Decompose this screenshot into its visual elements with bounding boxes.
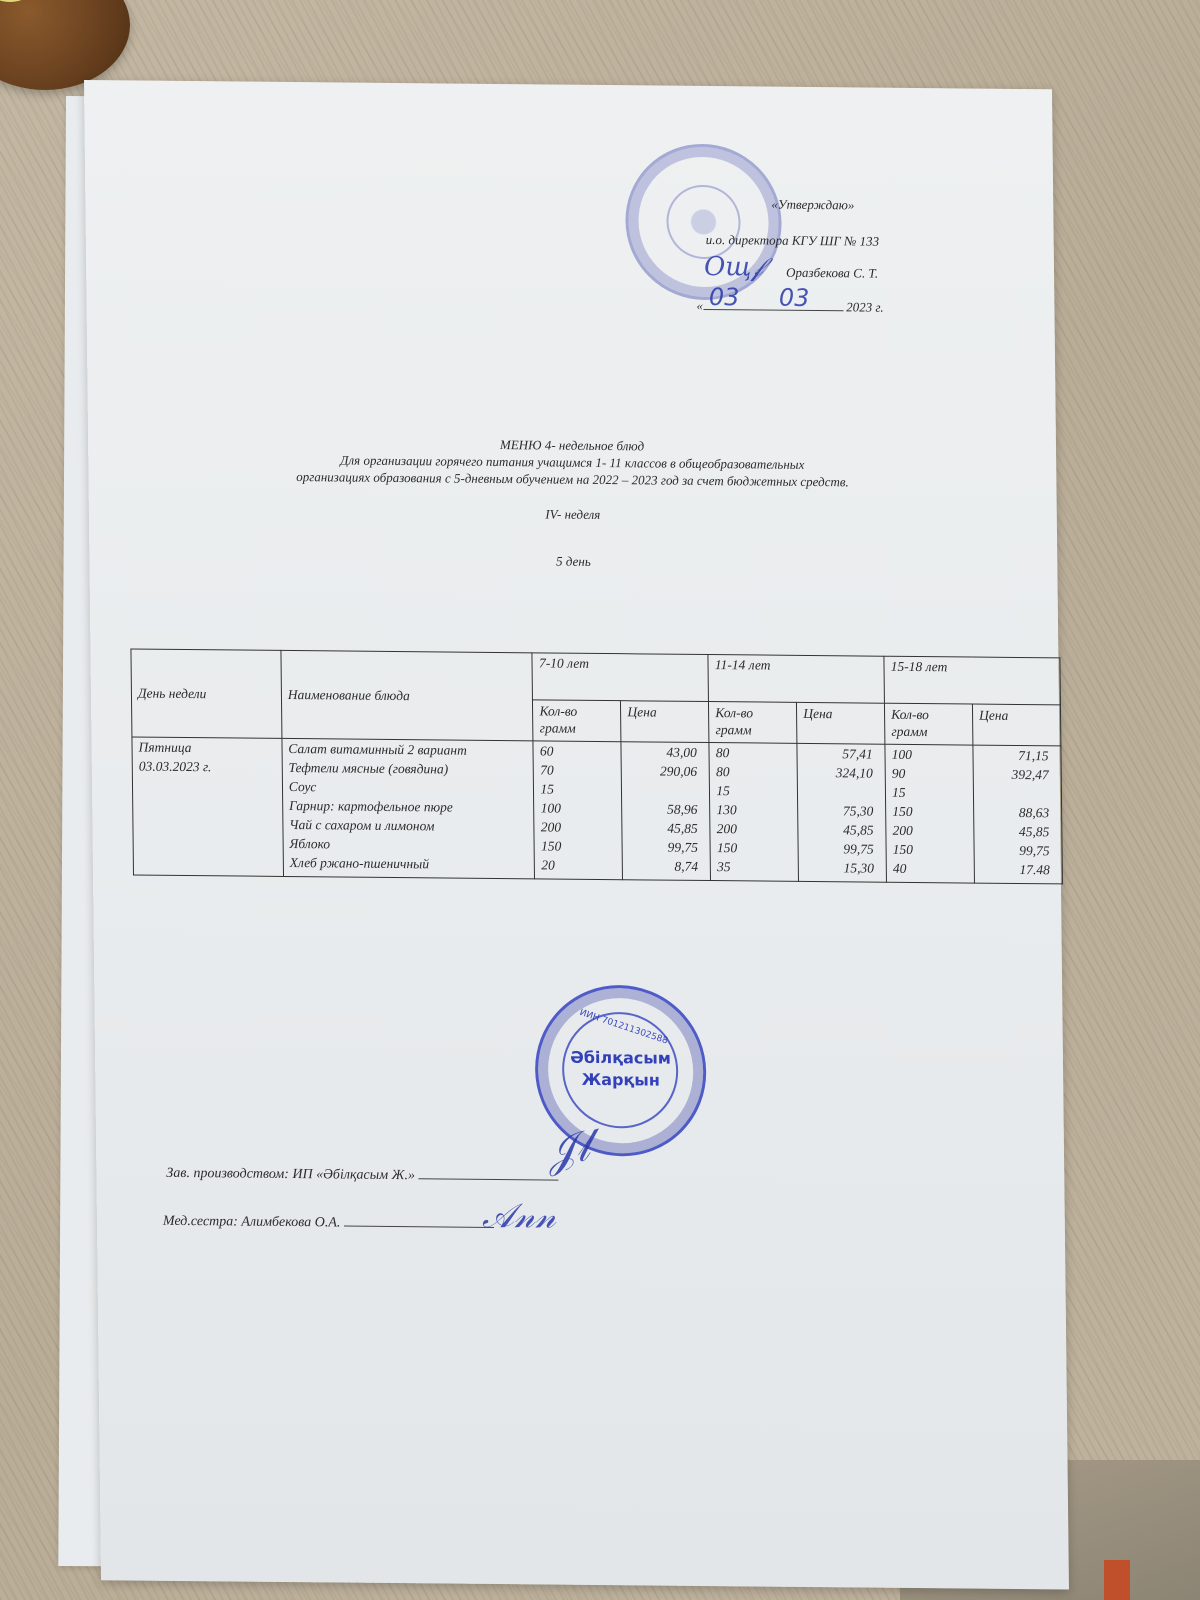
menu-table: День недели Наименование блюда 7-10 лет … <box>130 648 1063 884</box>
price-11-14-list: 57,41324,10 75,3045,8599,7515,30 <box>797 743 886 882</box>
qty-value: 200 <box>717 819 792 839</box>
price-value: 45,85 <box>980 822 1049 842</box>
production-head-signature-line <box>418 1178 558 1180</box>
date-quote: « <box>696 298 703 313</box>
approval-position: и.о. директора КГУ ШГ № 133 <box>706 232 880 250</box>
nurse-line: Мед.сестра: Алимбекова О.А. <box>163 1214 494 1233</box>
header-age-15-18: 15-18 лет <box>884 656 1060 705</box>
qty-value: 15 <box>540 779 615 799</box>
date-day-handwritten: 03 <box>709 283 740 311</box>
director-signature: Ощ𝒻 <box>704 252 763 284</box>
price-value: 57,41 <box>804 744 873 764</box>
qty-value: 100 <box>541 798 616 818</box>
dish-name: Салат витаминный 2 вариант <box>288 739 527 760</box>
header-qty-15-18: Кол-вограмм <box>885 703 973 745</box>
date: 03.03.2023 г. <box>139 757 276 777</box>
qty-value: 15 <box>892 783 967 803</box>
header-qty-11-14: Кол-вограмм <box>709 702 797 744</box>
price-value: 45,85 <box>804 820 873 840</box>
nurse-signature: 𝒜𝓃𝓃 <box>482 1196 557 1237</box>
header-qty-7-10: Кол-вограмм <box>533 700 621 742</box>
qty-15-18-list: 100901515020015040 <box>885 744 974 883</box>
qty-value: 200 <box>541 817 616 837</box>
qty-value: 20 <box>541 855 616 875</box>
price-value <box>804 782 873 802</box>
price-value: 71,15 <box>979 746 1048 766</box>
price-value: 8,74 <box>629 856 698 876</box>
dish-name: Тефтели мясные (говядина) <box>288 758 527 779</box>
menu-document-page: «Утверждаю» и.о. директора КГУ ШГ № 133 … <box>84 80 1069 1590</box>
qty-value: 90 <box>892 764 967 784</box>
wicker-basket <box>0 0 130 90</box>
qty-value: 60 <box>540 741 615 761</box>
price-value: 17.48 <box>981 860 1050 880</box>
date-year: 2023 г. <box>846 299 884 314</box>
ip-stamp-name-line2: Жарқын <box>538 1069 703 1090</box>
header-price-15-18: Цена <box>972 704 1060 746</box>
qty-value: 35 <box>717 857 792 877</box>
qty-7-10-list: 60701510020015020 <box>533 741 622 880</box>
price-value: 99,75 <box>629 837 698 857</box>
price-value <box>628 780 697 800</box>
dish-list: Салат витаминный 2 вариантТефтели мясные… <box>282 738 535 878</box>
price-value: 15,30 <box>805 858 874 878</box>
qty-value: 200 <box>892 821 967 841</box>
weekday: Пятница <box>138 738 275 758</box>
price-value: 392,47 <box>980 765 1049 785</box>
header-day-of-week: День недели <box>131 649 282 738</box>
document-title-block: МЕНЮ 4- недельное блюд Для организации г… <box>88 432 1057 574</box>
qty-value: 150 <box>541 836 616 856</box>
price-value: 290,06 <box>628 761 697 781</box>
qty-value: 100 <box>892 745 967 765</box>
header-price-11-14: Цена <box>797 702 885 744</box>
dish-name: Чай с сахаром и лимоном <box>289 815 528 836</box>
price-value <box>980 784 1049 804</box>
approval-signatory: Оразбекова С. Т. <box>786 265 878 282</box>
header-age-11-14: 11-14 лет <box>708 655 884 704</box>
qty-value: 150 <box>892 802 967 822</box>
approval-heading: «Утверждаю» <box>771 197 854 214</box>
nurse-label: Мед.сестра: Алимбекова О.А. <box>163 1214 341 1231</box>
price-value: 43,00 <box>628 742 697 762</box>
price-value: 75,30 <box>804 801 873 821</box>
approval-date: « 03 03 2023 г. <box>696 298 883 316</box>
price-15-18-list: 71,15392,47 88,6345,8599,7517.48 <box>973 745 1063 884</box>
price-value: 88,63 <box>980 803 1049 823</box>
production-head-line: Зав. производством: ИП «Әбілқасым Ж.» <box>166 1166 558 1186</box>
red-object <box>1104 1560 1130 1600</box>
price-7-10-list: 43,00290,06 58,9645,8599,758,74 <box>621 742 710 881</box>
price-value: 99,75 <box>805 839 874 859</box>
qty-value: 150 <box>893 840 968 860</box>
table-row: Пятница 03.03.2023 г. Салат витаминный 2… <box>132 737 1063 884</box>
qty-value: 150 <box>717 838 792 858</box>
qty-value: 40 <box>893 859 968 879</box>
dish-name: Яблоко <box>289 834 528 855</box>
qty-value: 15 <box>716 781 791 801</box>
price-value: 324,10 <box>804 763 873 783</box>
qty-value: 130 <box>716 800 791 820</box>
dish-name: Гарнир: картофельное пюре <box>289 796 528 817</box>
price-value: 99,75 <box>981 841 1050 861</box>
header-dish-name: Наименование блюда <box>281 650 534 740</box>
day-cell: Пятница 03.03.2023 г. <box>132 737 283 876</box>
qty-value: 80 <box>716 743 791 763</box>
nurse-signature-line <box>344 1226 494 1228</box>
price-value: 58,96 <box>628 799 697 819</box>
production-head-label: Зав. производством: ИП «Әбілқасым Ж.» <box>166 1166 415 1183</box>
header-price-7-10: Цена <box>621 701 709 743</box>
qty-11-14-list: 80801513020015035 <box>709 743 798 882</box>
ip-stamp-name-line1: Әбілқасым <box>538 1047 703 1068</box>
qty-value: 70 <box>540 760 615 780</box>
dish-name: Соус <box>289 777 528 798</box>
price-value: 45,85 <box>629 818 698 838</box>
header-age-7-10: 7-10 лет <box>532 653 708 702</box>
date-month-handwritten: 03 <box>779 284 810 312</box>
qty-value: 80 <box>716 762 791 782</box>
dish-name: Хлеб ржано-пшеничный <box>290 853 529 874</box>
